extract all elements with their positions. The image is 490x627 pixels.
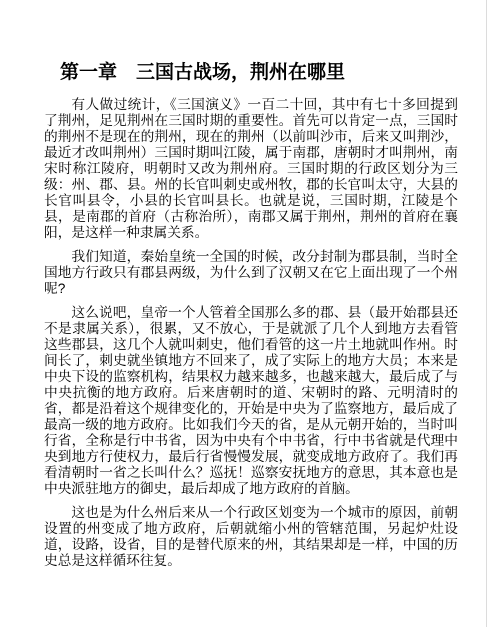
body-paragraph: 有人做过统计，《三国演义》一百二十回，其中有七十多回提到了荆州，足见荆州在三国时… bbox=[44, 97, 458, 241]
body-paragraph: 这也是为什么州后来从一个行政区划变为一个城市的原因，前朝设置的州变成了地方政府，… bbox=[44, 505, 458, 569]
page-edge-line bbox=[486, 0, 487, 627]
document-content: 第一章 三国古战场，荆州在哪里 有人做过统计，《三国演义》一百二十回，其中有七十… bbox=[44, 62, 458, 577]
body-paragraph: 这么说吧，皇帝一个人管着全国那么多的郡、县（最开始郡县还不是隶属关系），很累，又… bbox=[44, 305, 458, 497]
document-page: 第一章 三国古战场，荆州在哪里 有人做过统计，《三国演义》一百二十回，其中有七十… bbox=[0, 0, 490, 627]
body-paragraph: 我们知道，秦始皇统一全国的时候，改分封制为郡县制，当时全国地方行政只有郡县两级，… bbox=[44, 249, 458, 297]
chapter-title: 第一章 三国古战场，荆州在哪里 bbox=[60, 62, 458, 84]
